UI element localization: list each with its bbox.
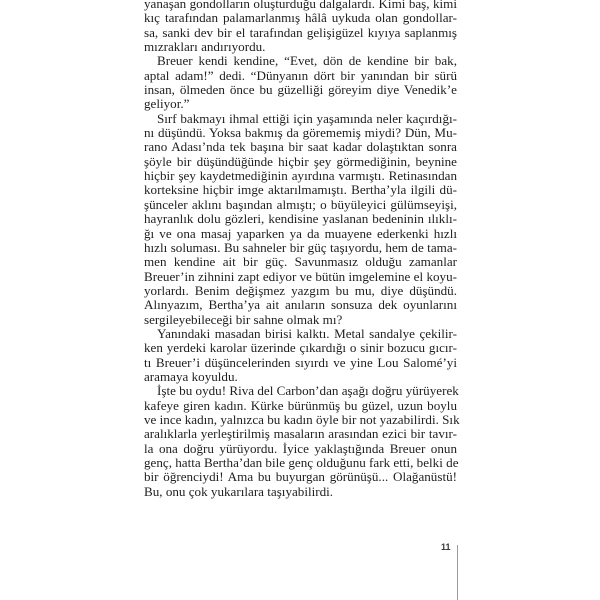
text-line: korteksine hiçbir imge aktarılmamıştı. B… (144, 183, 457, 197)
body-text: yanaşan gondolların oluşturduğu dalgalar… (144, 0, 457, 499)
text-line: Yanındaki masadan birisi kalktı. Metal s… (144, 327, 457, 341)
paragraph: Sırf bakmayı ihmal ettiği için yaşamında… (144, 112, 457, 327)
text-line: kafeye giren kadın. Kürke bürünmüş bu gü… (144, 399, 457, 413)
text-line: aptal adam!” dedi. “Dünyanın dört bir ya… (144, 69, 457, 83)
text-line: Alınyazım, Bertha’ya ait anıların sonsuz… (144, 298, 457, 312)
text-line: Breuer’in zihnini zapt ediyor ve bütün i… (144, 270, 457, 284)
page-number: 11 (441, 542, 451, 552)
text-line: hayranlık dolu gözleri, kendisine yaslan… (144, 212, 457, 226)
text-line: aralıklarla yerleştirilmiş masaların ara… (144, 427, 457, 441)
page-edge-rule (457, 545, 458, 600)
text-line: sa, sanki dev bir el tarafından gelişigü… (144, 26, 457, 40)
text-line: mızrakları andırıyordu. (144, 40, 457, 54)
text-line: ken yerdeki karolar üzerinde çıkardığı o… (144, 341, 457, 355)
text-line: ve ince kadın, yalnızca bu kadın öyle bi… (144, 413, 457, 427)
text-line: ğı ve ona masaj yaparken ya da muayene e… (144, 227, 457, 241)
text-line: hızlı soluması. Bu sahneler bir güç taşı… (144, 241, 457, 255)
paragraph: Breuer kendi kendine, “Evet, dön de kend… (144, 54, 457, 111)
book-page: yanaşan gondolların oluşturduğu dalgalar… (0, 0, 600, 600)
paragraph: yanaşan gondolların oluşturduğu dalgalar… (144, 0, 457, 54)
text-line: Sırf bakmayı ihmal ettiği için yaşamında… (144, 112, 457, 126)
text-line: genç, hatta Bertha’dan bile genç olduğun… (144, 456, 457, 470)
text-line: men kendine ait bir güç. Savunmasız oldu… (144, 255, 457, 269)
text-line: aramaya koyuldu. (144, 370, 457, 384)
text-line: Bu, onu çok yukarılara taşıyabilirdi. (144, 485, 457, 499)
text-line: şünceler aklını başından almıştı; o büyü… (144, 198, 457, 212)
text-line: şöyle bir düşündüğünde hiçbir şey görmed… (144, 155, 457, 169)
text-line: la ona doğru yürüyordu. İyice yaklaştığı… (144, 442, 457, 456)
text-line: Breuer kendi kendine, “Evet, dön de kend… (144, 54, 457, 68)
text-line: İşte bu oydu! Riva del Carbon’dan aşağı … (144, 384, 457, 398)
text-line: geliyor.” (144, 97, 457, 111)
paragraph: Yanındaki masadan birisi kalktı. Metal s… (144, 327, 457, 384)
text-line: yorlardı. Benim değişmez yazgım bu mu, d… (144, 284, 457, 298)
text-line: kıç tarafından palamarlanmış hâlâ uykuda… (144, 11, 457, 25)
text-line: sergileyebileceği bir sahne olmak mı? (144, 313, 457, 327)
text-line: nı düşündü. Yoksa bakmış da görememiş mi… (144, 126, 457, 140)
text-line: insan, ölmeden önce bu güzelliği göreyim… (144, 83, 457, 97)
text-line: rano Adası’nda tek başına bir saat kadar… (144, 140, 457, 154)
text-line: hiçbir şey kaydetmediğinin ayırdına varm… (144, 169, 457, 183)
text-line: tı Breuer’i düşüncelerinden sıyırdı ve y… (144, 356, 457, 370)
paragraph: İşte bu oydu! Riva del Carbon’dan aşağı … (144, 384, 457, 499)
text-line: bir öğrenciydi! Ama bu buyurgan görünüşü… (144, 470, 457, 484)
